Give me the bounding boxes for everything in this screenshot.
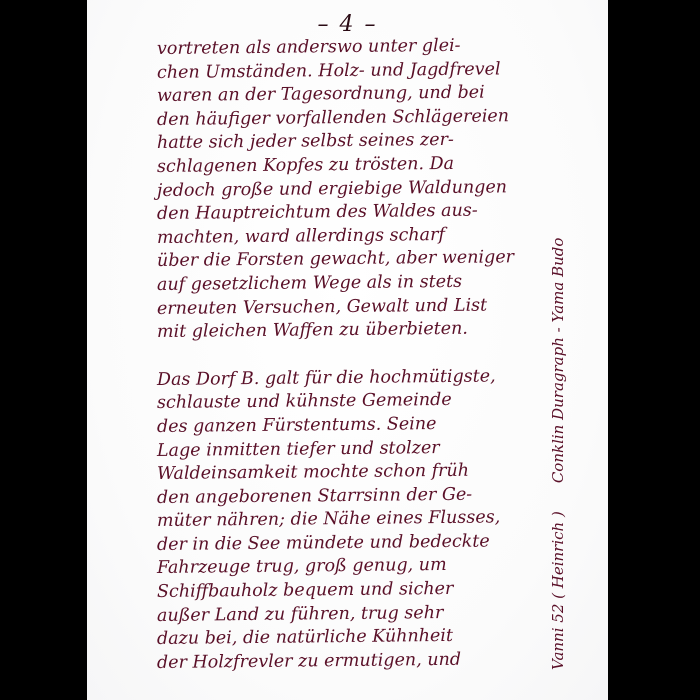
scan-viewport: – 4 – vortreten als anderswo unter glei-…: [0, 0, 700, 700]
manuscript-page: – 4 – vortreten als anderswo unter glei-…: [87, 0, 608, 700]
text-line: der Holzfrevler zu ermutigen, und: [157, 647, 577, 675]
handwritten-body: vortreten als anderswo unter glei- chen …: [157, 38, 577, 675]
text-line: mit gleichen Waffen zu überbieten.: [157, 317, 577, 345]
side-note-paper-label: Vanni 52 ( Heinrich ): [549, 511, 567, 670]
paragraph-2: Das Dorf B. galt für die hochmütigste, s…: [157, 369, 577, 676]
side-note-pen-ink-label: Conklin Duragraph - Yama Budo: [549, 238, 567, 484]
paragraph-1: vortreten als anderswo unter glei- chen …: [157, 38, 577, 345]
vertical-side-note: Vanni 52 ( Heinrich ) Conklin Duragraph …: [549, 70, 567, 670]
